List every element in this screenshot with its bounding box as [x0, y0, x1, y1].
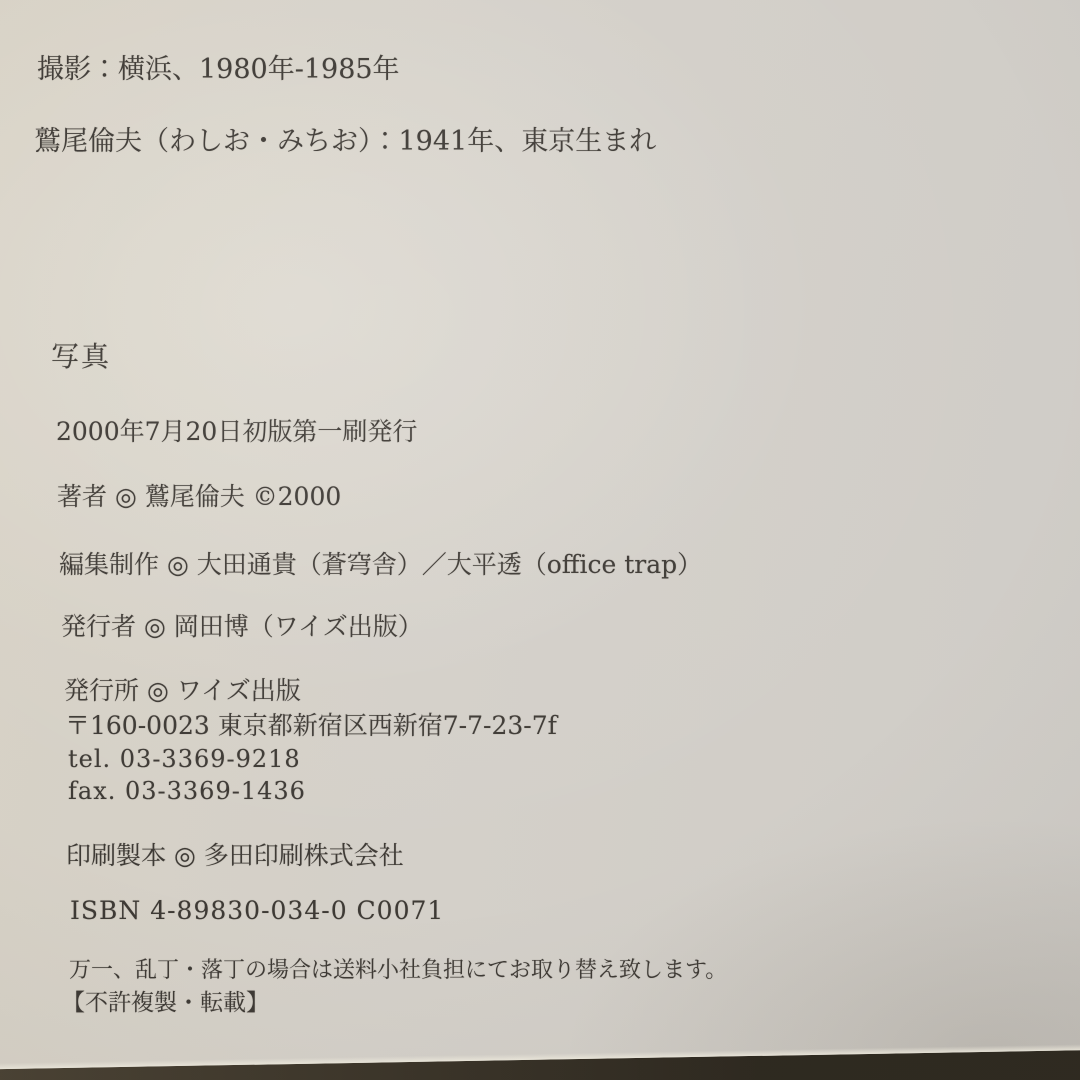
printer-credit: 印刷製本 ◎ 多田印刷株式会社 — [66, 842, 404, 871]
colophon-text: 撮影：横浜、1980年-1985年 鷲尾倫夫（わしお・みちお）：1941年、東京… — [0, 0, 1080, 1080]
editing-credit: 編集制作 ◎ 大田通貴（蒼穹舎）／大平透（office trap） — [59, 551, 702, 580]
photo-of-book-page: 撮影：横浜、1980年-1985年 鷲尾倫夫（わしお・みちお）：1941年、東京… — [0, 0, 1080, 1080]
replacement-notice: 万一、乱丁・落丁の場合は送料小社負担にてお取り替え致します。 — [69, 958, 727, 983]
edition-info: 2000年7月20日初版第一刷発行 — [56, 418, 417, 447]
reproduction-notice: 【不許複製・転載】 — [62, 990, 269, 1016]
isbn-code: ISBN 4-89830-034-0 C0071 — [70, 897, 444, 926]
artist-bio: 鷲尾倫夫（わしお・みちお）：1941年、東京生まれ — [34, 126, 656, 157]
shooting-credit: 撮影：横浜、1980年-1985年 — [37, 54, 400, 85]
publisher-address: 〒160-0023 東京都新宿区西新宿7-7-23-7f — [65, 712, 557, 741]
fax-number: fax. 03-3369-1436 — [68, 778, 306, 806]
publisher-credit: 発行所 ◎ ワイズ出版 — [64, 677, 301, 706]
issuer-credit: 発行者 ◎ 岡田博（ワイズ出版） — [61, 613, 423, 642]
author-credit: 著者 ◎ 鷲尾倫夫 ©2000 — [57, 483, 341, 512]
book-title: 写真 — [51, 341, 111, 373]
telephone-number: tel. 03-3369-9218 — [68, 746, 301, 774]
